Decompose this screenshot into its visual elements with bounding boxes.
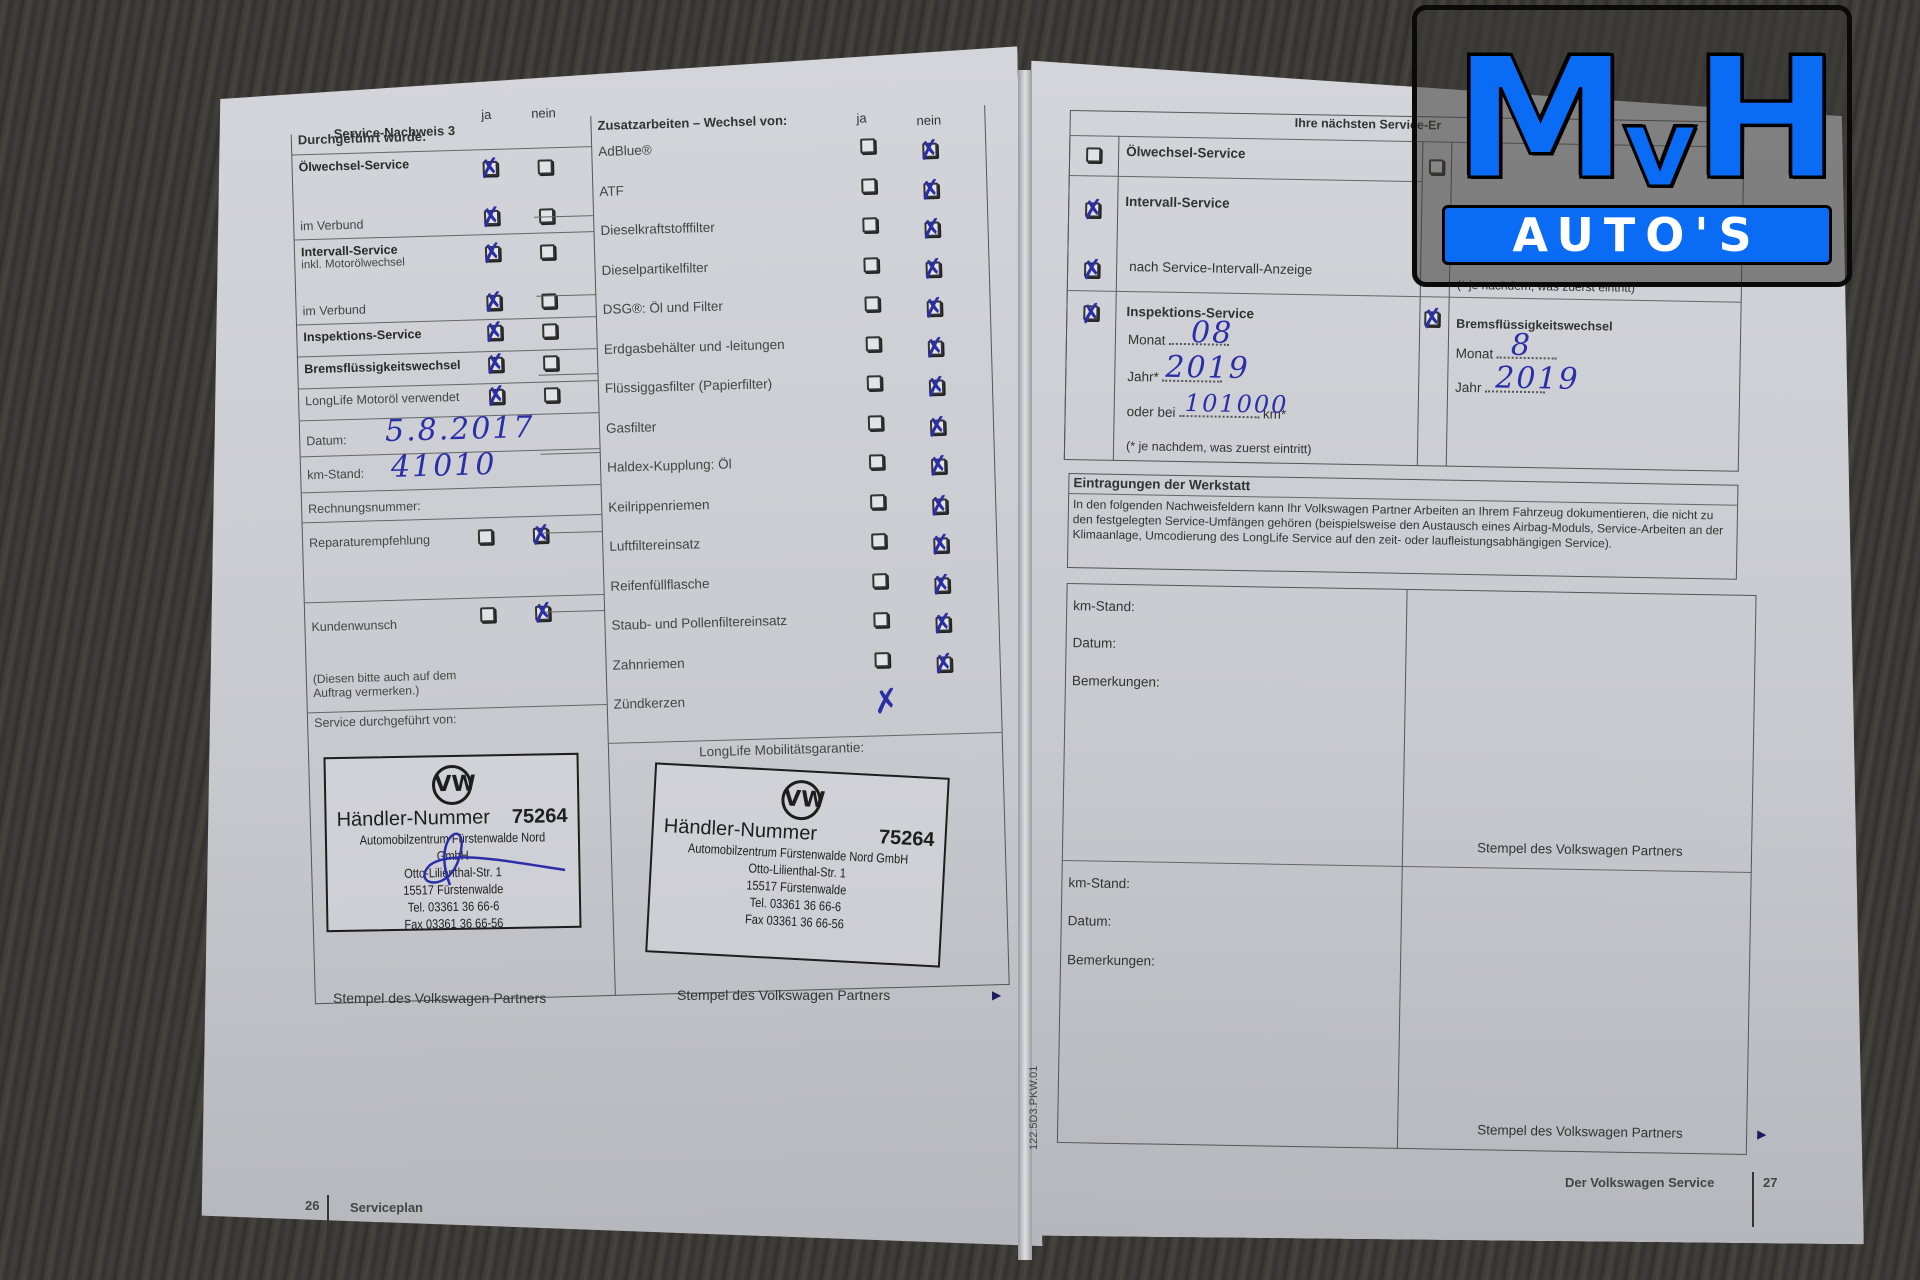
checkbox-oil-service[interactable] xyxy=(1086,147,1101,162)
additional-item-label: DSG®: Öl und Filter xyxy=(602,299,723,317)
entry1-km-label: km-Stand: xyxy=(1073,598,1135,614)
additional-item-label: Dieselkraftstofffilter xyxy=(600,220,715,238)
nein-header: nein xyxy=(531,105,556,121)
km-label: km-Stand: xyxy=(307,467,364,483)
additional-item-label: Dieselpartikelfilter xyxy=(601,259,708,277)
checkbox-ja[interactable] xyxy=(864,296,879,311)
checkbox-nein[interactable] xyxy=(540,244,555,259)
service-by-label: Service durchgeführt von: xyxy=(314,712,457,730)
check-mark-icon: ✗ xyxy=(1420,305,1445,333)
dealer-number: 75264 xyxy=(878,826,935,852)
check-mark-icon: ✗ xyxy=(479,239,505,268)
check-mark-icon: ✗ xyxy=(480,288,506,317)
row-divider xyxy=(295,231,594,240)
customer-request-label: Kundenwunsch xyxy=(311,618,397,634)
check-mark-icon: ✗ xyxy=(477,154,503,183)
entry1-date-label: Datum: xyxy=(1072,635,1116,651)
inspection-year-value: 2019 xyxy=(1165,350,1250,386)
vw-logo-icon: VW xyxy=(780,779,822,821)
check-mark-icon: ✗ xyxy=(482,350,508,379)
check-mark-icon: ✗ xyxy=(920,255,946,284)
performed-item-label: Inspektions-Service xyxy=(303,327,421,344)
item-oil-service: Ölwechsel-Service xyxy=(1126,144,1246,161)
row-divider xyxy=(308,704,607,713)
mvh-autos-logo: M v H AUTO'S xyxy=(1412,5,1852,287)
checkbox-ja[interactable] xyxy=(870,494,885,509)
checkbox-ja[interactable] xyxy=(866,336,881,351)
logo-letter-v: v xyxy=(1622,93,1697,203)
workshop-title: Eintragungen der Werkstatt xyxy=(1073,475,1250,493)
check-mark-icon: ✗ xyxy=(922,334,948,363)
checkbox-ja[interactable] xyxy=(862,217,877,232)
logo-letter-m: M xyxy=(1453,35,1629,203)
checkbox-nein[interactable] xyxy=(542,323,557,338)
performed-item-label: Ölwechsel-Service xyxy=(298,157,409,174)
next-page-arrow-icon: ▶ xyxy=(992,988,1001,1002)
additional-item-label: AdBlue® xyxy=(598,142,652,158)
additional-item-label: Erdgasbehälter und -leitungen xyxy=(604,336,785,356)
logo-autos-bar: AUTO'S xyxy=(1442,205,1832,265)
logo-letter-h: H xyxy=(1692,35,1840,203)
row-divider xyxy=(302,484,601,493)
entry2-km-label: km-Stand: xyxy=(1068,875,1130,891)
additional-item-label: ATF xyxy=(599,183,624,199)
additional-item-label: Keilrippenriemen xyxy=(608,497,710,515)
ja-header-b: ja xyxy=(856,110,867,125)
performed-item-sublabel: inkl. Motorölwechsel xyxy=(301,256,405,271)
check-mark-icon: ✗ xyxy=(930,610,956,639)
print-code: 122.5D3.PKW.01 xyxy=(1028,1066,1040,1150)
inspection-km-value: 101000 xyxy=(1185,389,1289,419)
row-divider xyxy=(305,594,604,603)
item-interval-indicator: nach Service-Intervall-Anzeige xyxy=(1129,259,1312,277)
footer-divider xyxy=(327,1195,329,1250)
checkbox-nein[interactable] xyxy=(537,159,552,174)
checkbox-ja[interactable] xyxy=(871,533,886,548)
item-interval-service: Intervall-Service xyxy=(1125,194,1230,211)
workshop-entries-box xyxy=(1057,583,1757,1155)
check-mark-icon: ✗ xyxy=(927,531,953,560)
check-mark-icon: ✗ xyxy=(925,452,951,481)
check-mark-icon: ✗ xyxy=(528,521,554,550)
check-mark-icon: ✗ xyxy=(923,373,949,402)
additional-item-label: Gasfilter xyxy=(606,419,657,435)
check-mark-icon: ✗ xyxy=(931,649,957,678)
check-mark-icon: ✗ xyxy=(1081,196,1106,224)
entry1-remarks-label: Bemerkungen: xyxy=(1072,673,1160,690)
ja-header: ja xyxy=(481,107,492,122)
left-page-number: 26 xyxy=(305,1198,319,1213)
checkbox-request-ja[interactable] xyxy=(480,607,495,622)
check-mark-icon: ✗ xyxy=(929,570,955,599)
additional-item-label: Haldex-Kupplung: Öl xyxy=(607,456,732,474)
next-page-arrow-icon: ▶ xyxy=(1757,1127,1766,1141)
check-mark-icon: ✗ xyxy=(1080,256,1105,284)
date-label: Datum: xyxy=(306,433,347,448)
performed-item-label: im Verbund xyxy=(302,303,366,319)
additional-item-label: Zündkerzen xyxy=(614,695,686,712)
right-footer-title: Der Volkswagen Service xyxy=(1565,1175,1714,1190)
brake-year-value: 2019 xyxy=(1495,360,1580,396)
checkbox-ja[interactable] xyxy=(861,178,876,193)
additional-item-label: Luftfiltereinsatz xyxy=(609,536,700,554)
check-mark-icon: ✗ xyxy=(926,491,952,520)
dealer-stamp-middle: VW Händler-Nummer75264 Automobilzentrum … xyxy=(645,762,950,967)
brake-month-value: 8 xyxy=(1511,328,1533,363)
checkbox-ja[interactable] xyxy=(873,612,888,627)
check-mark-icon: ✗ xyxy=(530,599,556,628)
additional-item-label: Staub- und Pollenfiltereinsatz xyxy=(611,613,787,633)
additional-item-label: Flüssiggasfilter (Papierfilter) xyxy=(605,376,773,396)
stamp-caption-middle: Stempel des Volkswagen Partners xyxy=(677,987,890,1003)
check-mark-icon: ✗ xyxy=(919,215,945,244)
check-mark-icon: ✗ xyxy=(481,318,507,347)
km-value: 41010 xyxy=(391,447,497,485)
footer-divider xyxy=(1752,1172,1754,1227)
check-mark-icon: ✗ xyxy=(916,136,942,165)
row-divider xyxy=(303,514,602,523)
additional-item-label: Zahnriemen xyxy=(612,655,684,672)
inspection-month-value: 08 xyxy=(1191,315,1234,351)
entry2-remarks-label: Bemerkungen: xyxy=(1067,952,1155,969)
checkbox-ja[interactable] xyxy=(872,573,887,588)
additional-work-header: Zusatzarbeiten – Wechsel von: xyxy=(597,113,787,133)
check-mark-icon: ✗ xyxy=(478,203,504,232)
invoice-number-label: Rechnungsnummer: xyxy=(308,499,421,516)
brake-fluid-label: Bremsflüssigkeitswechsel xyxy=(1456,317,1613,334)
performed-item-label: im Verbund xyxy=(300,218,364,234)
hint-text: (Diesen bitte auch auf dem Auftrag verme… xyxy=(313,667,484,700)
entry2-date-label: Datum: xyxy=(1068,913,1112,929)
checkbox-ja[interactable] xyxy=(868,415,883,430)
additional-item-label: Reifenfüllflasche xyxy=(610,576,709,594)
mobility-guarantee-label: LongLife Mobilitätsgarantie: xyxy=(699,739,864,759)
check-mark-icon: ✗ xyxy=(921,294,947,323)
repair-recommendation-label: Reparaturempfehlung xyxy=(309,533,430,550)
date-value: 5.8.2017 xyxy=(385,410,536,449)
stamp-caption-left: Stempel des Volkswagen Partners xyxy=(333,990,546,1006)
performed-item-label: Bremsflüssigkeitswechsel xyxy=(304,358,461,376)
vw-logo-icon: VW xyxy=(431,765,472,806)
item-inspection-service: Inspektions-Service xyxy=(1126,304,1254,321)
checkbox-ja[interactable] xyxy=(869,454,884,469)
check-mark-icon: ✗ xyxy=(1079,300,1104,328)
performed-header: Durchgeführt wurde: xyxy=(298,129,427,148)
checkbox-ja[interactable] xyxy=(874,652,889,667)
performed-item-label: LongLife Motoröl verwendet xyxy=(305,390,460,408)
check-mark-icon: ✗ xyxy=(483,382,509,411)
checkbox-nein[interactable] xyxy=(544,387,559,402)
right-page-number: 27 xyxy=(1763,1175,1777,1190)
checkbox-ja[interactable] xyxy=(860,138,875,153)
check-mark-icon: ✗ xyxy=(924,413,950,442)
checkbox-ja[interactable] xyxy=(863,257,878,272)
left-footer-title: Serviceplan xyxy=(350,1200,423,1215)
checkbox-nein[interactable] xyxy=(543,355,558,370)
nein-header-b: nein xyxy=(916,112,941,128)
row-divider xyxy=(292,146,591,155)
check-mark-icon: ✗ xyxy=(917,176,943,205)
checkbox-ja[interactable] xyxy=(867,375,882,390)
checkbox-repair-ja[interactable] xyxy=(478,529,493,544)
signature-icon xyxy=(390,815,570,905)
handwritten-x-icon: ✗ xyxy=(870,683,902,719)
